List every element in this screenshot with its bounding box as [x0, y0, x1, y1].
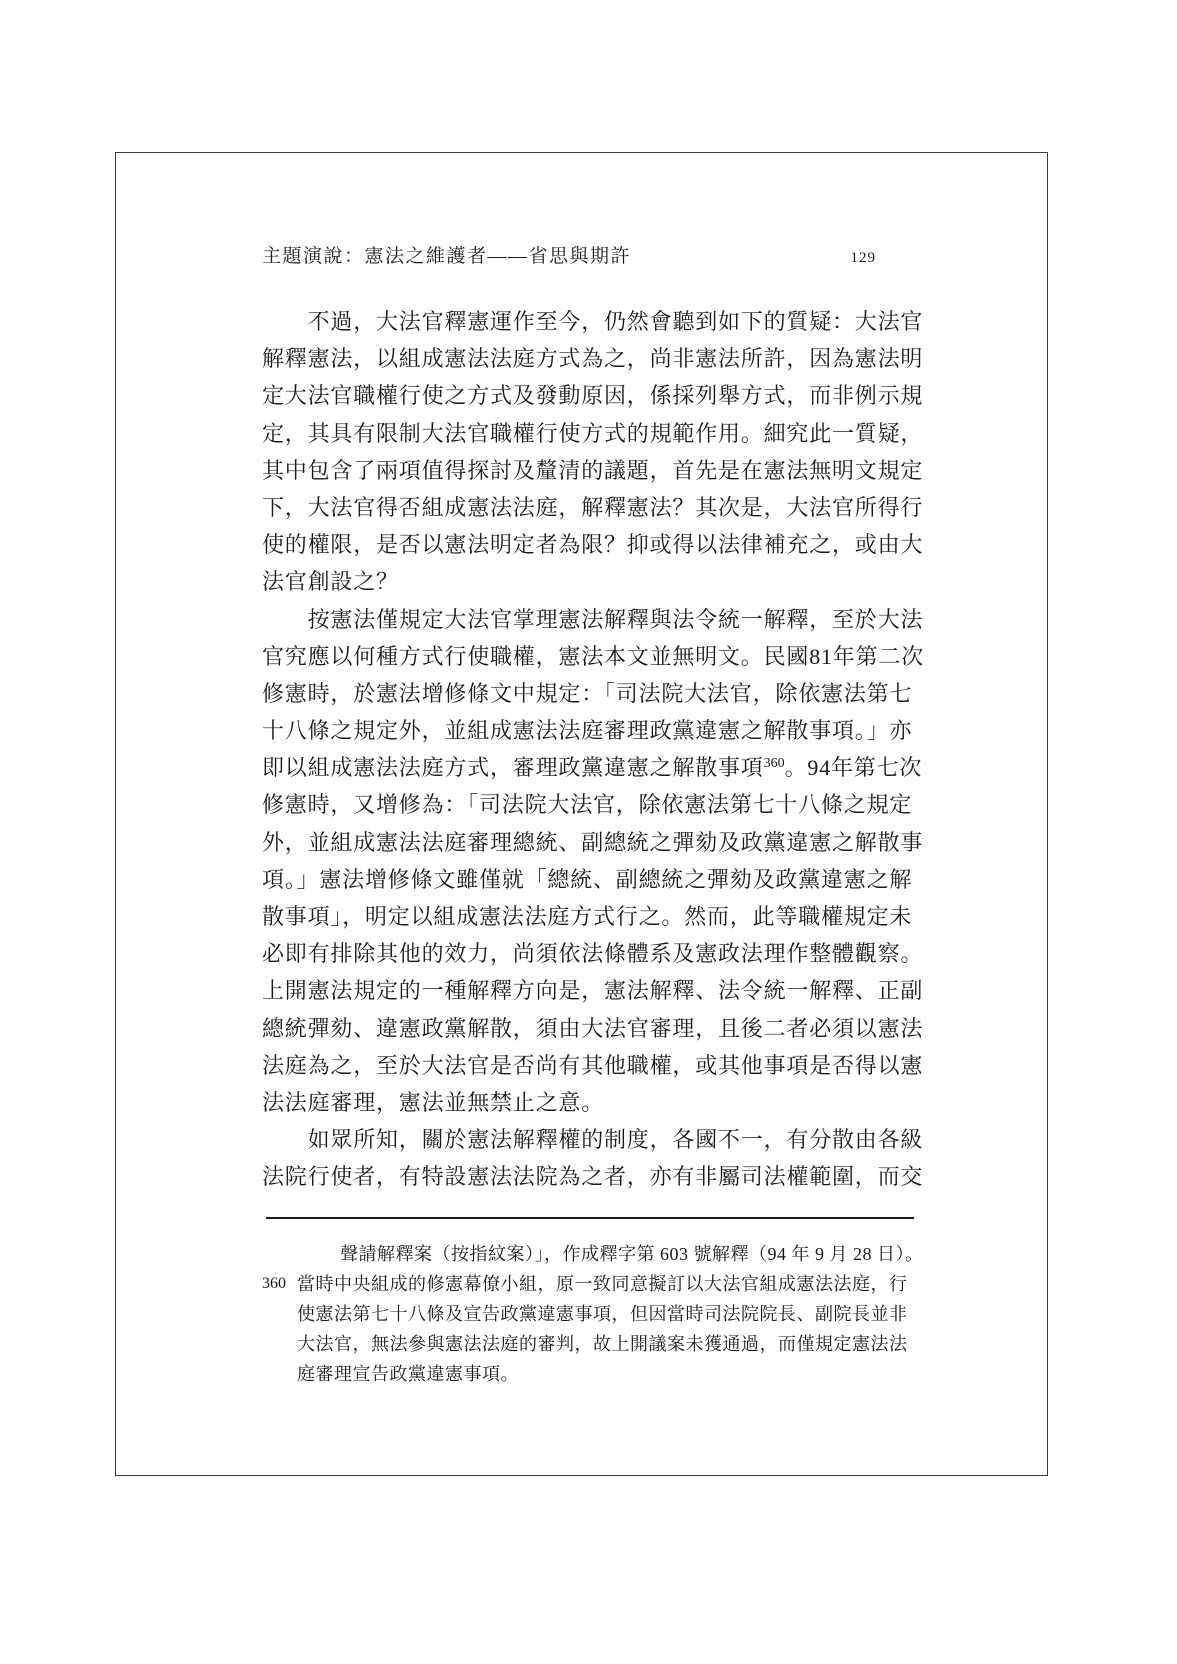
footnote-360: 360 當時中央組成的修憲幕僚小組，原一致同意擬訂以大法官組成憲法法庭，行使憲法…: [262, 1269, 934, 1389]
footnotes: 聲請解釋案（按指紋案）」，作成釋字第 603 號解釋（94 年 9 月 28 日…: [262, 1239, 934, 1389]
body-line: 下，大法官得否組成憲法法庭，解釋憲法？其次是，大法官所得行: [262, 489, 922, 526]
body-line: 項。」憲法增修條文雖僅就「總統、副總統之彈劾及政黨違憲之解: [262, 861, 922, 898]
header-title: 主題演說：憲法之維護者——省思與期許: [262, 241, 631, 268]
body-line: 如眾所知，關於憲法解釋權的制度，各國不一，有分散由各級: [262, 1121, 922, 1158]
body-line: 法庭為之，至於大法官是否尚有其他職權，或其他事項是否得以憲: [262, 1047, 922, 1084]
body-line-post-text: 。94年第七次: [785, 755, 923, 780]
body-line: 按憲法僅規定大法官掌理憲法解釋與法令統一解釋，至於大法: [262, 601, 922, 638]
body-line: 修憲時，又增修為：「司法院大法官，除依憲法第七十八條之規定: [262, 786, 922, 823]
footnote-ref-360: 360: [764, 756, 785, 771]
body-line: 其中包含了兩項值得探討及釐清的議題，首先是在憲法無明文規定: [262, 452, 922, 489]
running-header: 主題演說：憲法之維護者——省思與期許 129: [262, 241, 922, 268]
footnote-separator: [266, 1217, 914, 1219]
paragraph-2: 按憲法僅規定大法官掌理憲法解釋與法令統一解釋，至於大法官究應以何種方式行使職權，…: [262, 601, 922, 750]
body-line: 十八條之規定外，並組成憲法法庭審理政黨違憲之解散事項。」亦: [262, 712, 922, 749]
body-line: 官究應以何種方式行使職權，憲法本文並無明文。民國81年第二次: [262, 638, 922, 675]
body-line: 使的權限，是否以憲法明定者為限？抑或得以法律補充之，或由大: [262, 526, 922, 563]
paragraph-3: 如眾所知，關於憲法解釋權的制度，各國不一，有分散由各級法院行使者，有特設憲法法院…: [262, 1121, 922, 1195]
body-line: 法法庭審理，憲法並無禁止之意。: [262, 1084, 922, 1121]
body-text: 不過，大法官釋憲運作至今，仍然會聽到如下的質疑：大法官解釋憲法，以組成憲法法庭方…: [262, 303, 922, 1196]
footnote-360-body: 當時中央組成的修憲幕僚小組，原一致同意擬訂以大法官組成憲法法庭，行使憲法第七十八…: [297, 1269, 934, 1389]
page-frame: 主題演說：憲法之維護者——省思與期許 129 不過，大法官釋憲運作至今，仍然會聽…: [115, 152, 1048, 1476]
body-line: 解釋憲法，以組成憲法法庭方式為之，尚非憲法所許，因為憲法明: [262, 340, 922, 377]
footnote-line: 當時中央組成的修憲幕僚小組，原一致同意擬訂以大法官組成憲法法庭，行: [297, 1269, 934, 1299]
body-line: 法院行使者，有特設憲法法院為之者，亦有非屬司法權範圍，而交: [262, 1158, 922, 1195]
body-line: 總統彈劾、違憲政黨解散，須由大法官審理，且後二者必須以憲法: [262, 1010, 922, 1047]
body-line: 定大法官職權行使之方式及發動原因，係採列舉方式，而非例示規: [262, 377, 922, 414]
footnote-line: 使憲法第七十八條及宣告政黨違憲事項，但因當時司法院院長、副院長並非: [297, 1299, 934, 1329]
document-canvas: 主題演說：憲法之維護者——省思與期許 129 不過，大法官釋憲運作至今，仍然會聽…: [0, 0, 1177, 1664]
footnote-continuation-line: 聲請解釋案（按指紋案）」，作成釋字第 603 號解釋（94 年 9 月 28 日…: [340, 1239, 934, 1269]
paragraph-2-continued: 修憲時，又增修為：「司法院大法官，除依憲法第七十八條之規定外，並組成憲法法庭審理…: [262, 786, 922, 1121]
body-line: 必即有排除其他的效力，尚須依法條體系及憲政法理作整體觀察。: [262, 935, 922, 972]
footnote-line: 庭審理宣告政黨違憲事項。: [297, 1359, 934, 1389]
body-line-pre-text: 即以組成憲法法庭方式，審理政黨違憲之解散事項: [262, 755, 764, 780]
body-line: 修憲時，於憲法增修條文中規定：「司法院大法官，除依憲法第七: [262, 675, 922, 712]
body-line: 法官創設之？: [262, 563, 922, 600]
body-line: 不過，大法官釋憲運作至今，仍然會聽到如下的質疑：大法官: [262, 303, 922, 340]
footnote-number: 360: [262, 1269, 286, 1299]
body-line-with-footnote-ref: 即以組成憲法法庭方式，審理政黨違憲之解散事項360。94年第七次: [262, 749, 922, 786]
page-number: 129: [851, 250, 923, 267]
paragraph-1: 不過，大法官釋憲運作至今，仍然會聽到如下的質疑：大法官解釋憲法，以組成憲法法庭方…: [262, 303, 922, 601]
body-line: 上開憲法規定的一種解釋方向是，憲法解釋、法令統一解釋、正副: [262, 972, 922, 1009]
body-line: 外，並組成憲法法庭審理總統、副總統之彈劾及政黨違憲之解散事: [262, 824, 922, 861]
footnote-line: 大法官，無法參與憲法法庭的審判，故上開議案未獲通過，而僅規定憲法法: [297, 1329, 934, 1359]
body-line: 散事項」，明定以組成憲法法庭方式行之。然而，此等職權規定未: [262, 898, 922, 935]
body-line: 定，其具有限制大法官職權行使方式的規範作用。細究此一質疑，: [262, 415, 922, 452]
